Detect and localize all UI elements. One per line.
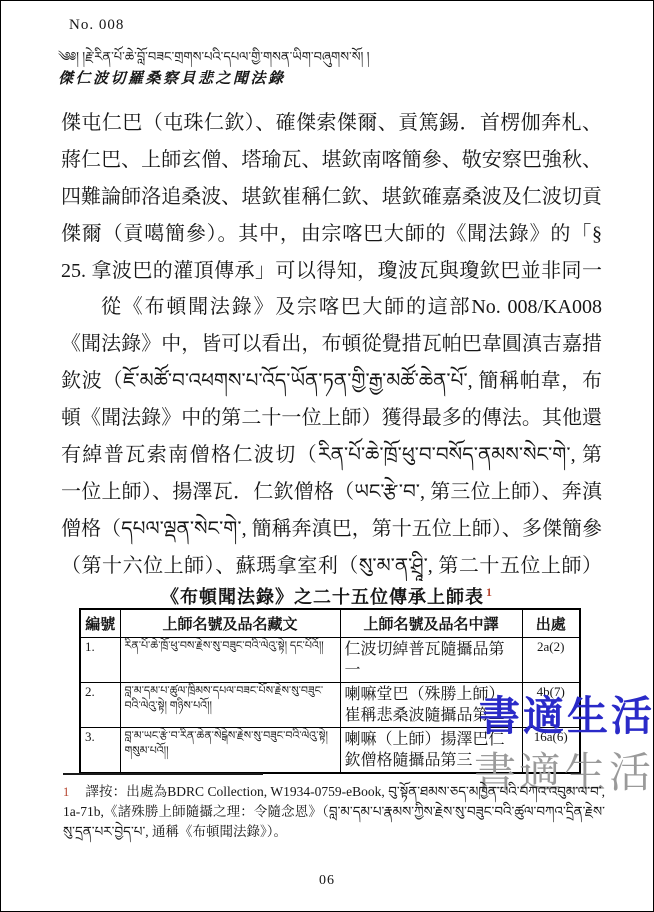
table-title-text: 《布頓聞法錄》之二十五位傳承上師表: [161, 587, 484, 607]
table-row: 1. རིན་པོ་ཆེ་ཁྲོ་ཕུ་བས་རྗེས་སུ་བཟུང་བའི་…: [80, 638, 580, 683]
col-header-chinese: 上師名號及品名中譯: [340, 609, 522, 638]
row-tibetan-name: བླ་མ་ཡང་རྩེ་བ་རིན་ཆེན་སེངྒེས་རྗེས་སུ་བཟུ…: [120, 728, 340, 774]
row-chinese-name: 仁波切綽普瓦隨攝品第一: [340, 638, 522, 683]
masters-table: 編號 上師名號及品名藏文 上師名號及品名中譯 出處 1. རིན་པོ་ཆེ་ཁ…: [79, 608, 581, 774]
doc-number: No. 008: [69, 17, 124, 34]
row-source: 2a(2): [522, 638, 580, 683]
table-header-row: 編號 上師名號及品名藏文 上師名號及品名中譯 出處: [80, 609, 580, 638]
paragraph-1: 傑屯仁巴（屯珠仁欽）、確傑索傑爾、貢篤錫．首楞伽奔札、蔣仁巴、上師玄僧、塔瑜瓦、…: [61, 105, 602, 289]
footnote-text: 譯按：出處為BDRC Collection, W1934-0759-eBook,…: [63, 784, 605, 839]
col-header-number: 編號: [80, 609, 120, 638]
row-tibetan-name: རིན་པོ་ཆེ་ཁྲོ་ཕུ་བས་རྗེས་སུ་བཟུང་བའི་ལེའ…: [120, 638, 340, 683]
col-header-source: 出處: [522, 609, 580, 638]
paragraph-2: 從《布頓聞法錄》及宗喀巴大師的這部No. 008/KA008《聞法錄》中，皆可以…: [61, 289, 602, 581]
row-number: 3.: [80, 728, 120, 774]
row-chinese-name: 喇嘛（上師）揚澤巴仁欽僧格隨攝品第三: [340, 728, 522, 774]
table-title-footnote-ref: 1: [486, 585, 493, 599]
row-number: 1.: [80, 638, 120, 683]
table-title: 《布頓聞法錄》之二十五位傳承上師表1: [1, 583, 653, 609]
row-number: 2.: [80, 683, 120, 728]
document-page: No. 008 ༄༅། །རྗེ་རིན་པོ་ཆེ་བློ་བཟང་གྲགས་…: [0, 0, 654, 912]
footnote-marker: 1: [63, 785, 69, 799]
row-source: 16a(6): [522, 728, 580, 774]
row-chinese-name: 喇嘛堂巴（殊勝上師）崔稱悲桑波隨攝品第二: [340, 683, 522, 728]
footnote-separator: [63, 773, 263, 775]
row-source: 4b(7): [522, 683, 580, 728]
page-number: 06: [1, 873, 653, 889]
table-row: 3. བླ་མ་ཡང་རྩེ་བ་རིན་ཆེན་སེངྒེས་རྗེས་སུ་…: [80, 728, 580, 774]
table-row: 2. བླ་མ་དམ་པ་ཚུལ་ཁྲིམས་དཔལ་བཟང་པོས་རྗེས་…: [80, 683, 580, 728]
row-tibetan-name: བླ་མ་དམ་པ་ཚུལ་ཁྲིམས་དཔལ་བཟང་པོས་རྗེས་སུ་…: [120, 683, 340, 728]
col-header-tibetan: 上師名號及品名藏文: [120, 609, 340, 638]
footnote: 1譯按：出處為BDRC Collection, W1934-0759-eBook…: [63, 782, 605, 842]
chinese-title: 傑仁波切羅桑察貝悲之聞法錄: [58, 67, 286, 88]
